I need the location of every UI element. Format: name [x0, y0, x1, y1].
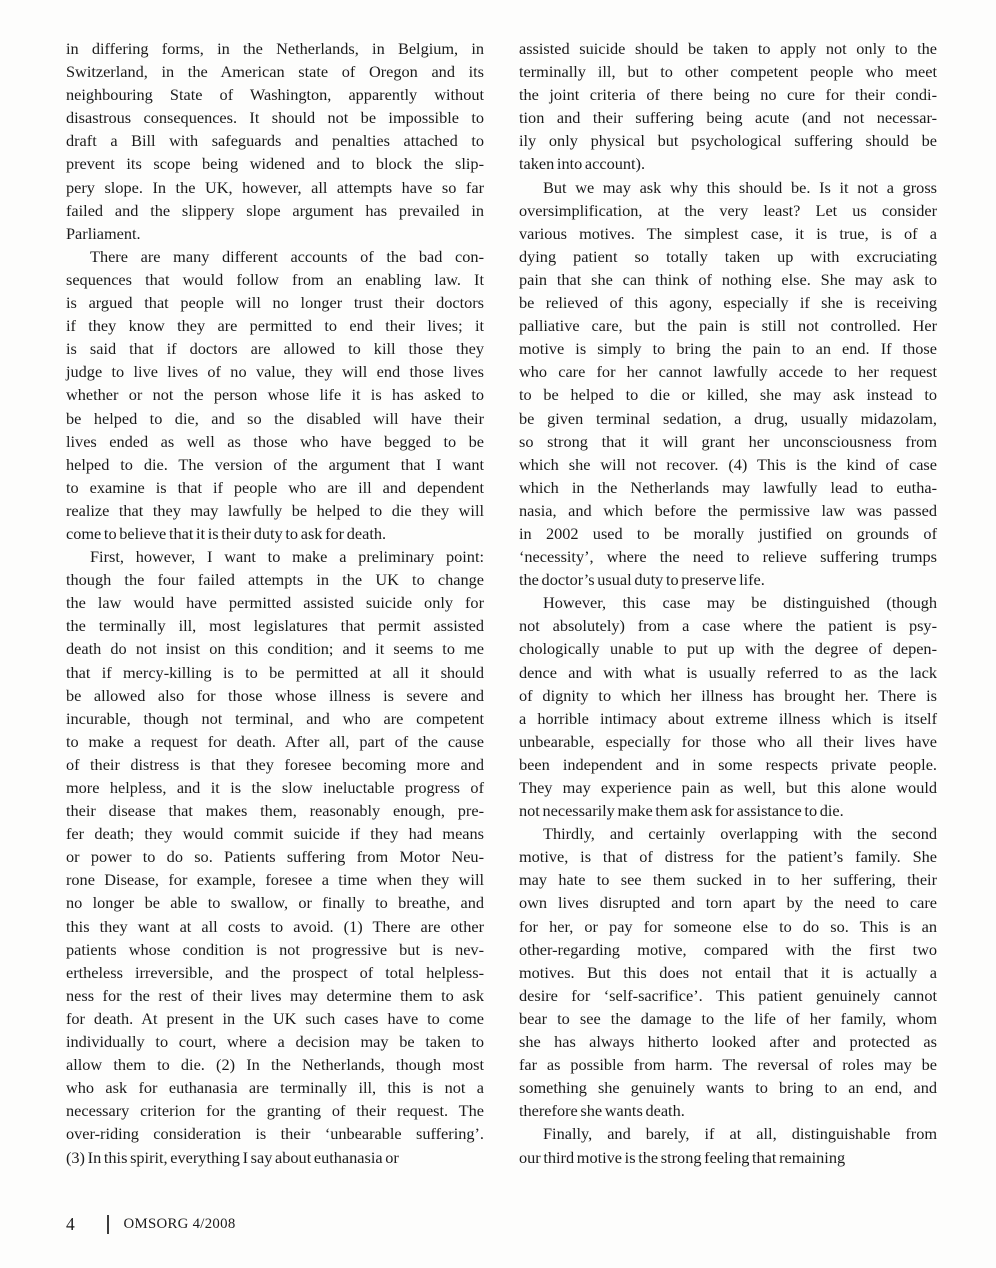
paragraph: Finally, and barely, if at all, distingu… — [519, 1122, 937, 1168]
text-line: realize that they may lawfully be helped… — [66, 499, 484, 522]
text-line: desire for ‘self-sacrifice’. This patien… — [519, 984, 937, 1007]
text-line: come to believe that it is their duty to… — [66, 522, 484, 545]
text-line: be allowed also for those whose illness … — [66, 684, 484, 707]
text-line: the terminally ill, most legislatures th… — [66, 614, 484, 637]
text-line: disastrous consequences. It should not b… — [66, 106, 484, 129]
text-line: to be helped to die or killed, she may a… — [519, 383, 937, 406]
paragraph: assisted suicide should be taken to appl… — [519, 37, 937, 176]
footer-divider — [107, 1215, 109, 1234]
text-line: more helpless, and it is the slow ineluc… — [66, 776, 484, 799]
text-line: to make a request for death. After all, … — [66, 730, 484, 753]
text-line: dence and with what is usually referred … — [519, 661, 937, 684]
text-line: for death. At present in the UK such cas… — [66, 1007, 484, 1030]
text-line: she has always hitherto looked after and… — [519, 1030, 937, 1053]
text-line: be helped to die, and so the disabled wi… — [66, 407, 484, 430]
text-line: First, however, I want to make a prelimi… — [66, 545, 484, 568]
text-line: be given terminal sedation, a drug, usua… — [519, 407, 937, 430]
text-line: They may experience pain as well, but th… — [519, 776, 937, 799]
text-line: or power to do so. Patients suffering fr… — [66, 845, 484, 868]
text-line: that if mercy-killing is to be permitted… — [66, 661, 484, 684]
column-left: in differing forms, in the Netherlands, … — [66, 37, 484, 1169]
text-line: the law would have permitted assisted su… — [66, 591, 484, 614]
text-line: ‘necessity’, where the need to relieve s… — [519, 545, 937, 568]
journal-title: OMSORG 4/2008 — [124, 1216, 236, 1233]
paragraph: But we may ask why this should be. Is it… — [519, 176, 937, 592]
text-line: individually to court, where a decision … — [66, 1030, 484, 1053]
text-line: who ask for euthanasia are terminally il… — [66, 1076, 484, 1099]
text-line: (3) In this spirit, everything I say abo… — [66, 1146, 484, 1169]
text-line: ertheless irreversible, and the prospect… — [66, 961, 484, 984]
text-line: the doctor’s usual duty to preserve life… — [519, 568, 937, 591]
journal-page: in differing forms, in the Netherlands, … — [0, 0, 996, 1268]
text-line: over-riding consideration is their ‘unbe… — [66, 1122, 484, 1145]
text-line: not absolutely) from a case where the pa… — [519, 614, 937, 637]
text-line: patients whose condition is not progress… — [66, 938, 484, 961]
text-line: who care for her cannot lawfully accede … — [519, 360, 937, 383]
text-line: of dignity to which her illness has brou… — [519, 684, 937, 707]
text-line: is argued that people will no longer tru… — [66, 291, 484, 314]
text-line: However, this case may be distinguished … — [519, 591, 937, 614]
text-line: helped to die. The version of the argume… — [66, 453, 484, 476]
text-line: failed and the slippery slope argument h… — [66, 199, 484, 222]
paragraph: Thirdly, and certainly overlapping with … — [519, 822, 937, 1122]
text-line: whether or not the person whose life it … — [66, 383, 484, 406]
text-line: Switzerland, in the American state of Or… — [66, 60, 484, 83]
text-line: bear to see the damage to the life of he… — [519, 1007, 937, 1030]
text-line: necessary criterion for the granting of … — [66, 1099, 484, 1122]
text-line: Thirdly, and certainly overlapping with … — [519, 822, 937, 845]
text-line: motive, is that of distress for the pati… — [519, 845, 937, 868]
text-line: if they know they are permitted to end t… — [66, 314, 484, 337]
paragraph: There are many different accounts of the… — [66, 245, 484, 545]
text-line: the joint criteria of there being no cur… — [519, 83, 937, 106]
column-right: assisted suicide should be taken to appl… — [519, 37, 937, 1169]
text-line: to examine is that if people who are ill… — [66, 476, 484, 499]
text-line: in differing forms, in the Netherlands, … — [66, 37, 484, 60]
text-line: not necessarily make them ask for assist… — [519, 799, 937, 822]
paragraph: However, this case may be distinguished … — [519, 591, 937, 822]
page-footer: 4 OMSORG 4/2008 — [66, 1214, 236, 1235]
text-line: our third motive is the strong feeling t… — [519, 1146, 937, 1169]
text-line: is said that if doctors are allowed to k… — [66, 337, 484, 360]
text-line: therefore she wants death. — [519, 1099, 937, 1122]
text-line: neighbouring State of Washington, appare… — [66, 83, 484, 106]
paragraph: First, however, I want to make a prelimi… — [66, 545, 484, 1169]
text-line: for her, or pay for someone else to do s… — [519, 915, 937, 938]
text-line: far as possible from harm. The reversal … — [519, 1053, 937, 1076]
page-number: 4 — [66, 1214, 107, 1235]
text-line: motive is simply to bring the pain to an… — [519, 337, 937, 360]
text-line: pain that she can think of nothing else.… — [519, 268, 937, 291]
text-line: But we may ask why this should be. Is it… — [519, 176, 937, 199]
text-line: tion and their suffering being acute (an… — [519, 106, 937, 129]
text-line: in 2002 used to be morally justified on … — [519, 522, 937, 545]
text-line: no longer be able to swallow, or finally… — [66, 891, 484, 914]
text-line: something she genuinely wants to bring t… — [519, 1076, 937, 1099]
text-line: There are many different accounts of the… — [66, 245, 484, 268]
text-line: incurable, though not terminal, and who … — [66, 707, 484, 730]
text-line: fer death; they would commit suicide if … — [66, 822, 484, 845]
text-line: allow them to die. (2) In the Netherland… — [66, 1053, 484, 1076]
text-line: which she will not recover. (4) This is … — [519, 453, 937, 476]
text-line: chologically unable to put up with the d… — [519, 637, 937, 660]
text-line: unbearable, especially for those who all… — [519, 730, 937, 753]
text-line: motives. But this does not entail that i… — [519, 961, 937, 984]
text-line: their disease that makes them, reasonabl… — [66, 799, 484, 822]
text-line: palliative care, but the pain is still n… — [519, 314, 937, 337]
text-line: which in the Netherlands may lawfully le… — [519, 476, 937, 499]
text-line: this they want at all costs to avoid. (1… — [66, 915, 484, 938]
text-line: death do not insist on this condition; a… — [66, 637, 484, 660]
text-line: nasia, and which before the permissive l… — [519, 499, 937, 522]
text-line: pery slope. In the UK, however, all atte… — [66, 176, 484, 199]
text-line: though the four failed attempts in the U… — [66, 568, 484, 591]
text-line: dying patient so totally taken up with e… — [519, 245, 937, 268]
text-line: a horrible intimacy about extreme illnes… — [519, 707, 937, 730]
text-line: lives ended as well as those who have be… — [66, 430, 484, 453]
text-line: judge to live lives of no value, they wi… — [66, 360, 484, 383]
paragraph: in differing forms, in the Netherlands, … — [66, 37, 484, 245]
text-line: so strong that it will grant her unconsc… — [519, 430, 937, 453]
text-line: own lives disrupted and torn apart by th… — [519, 891, 937, 914]
text-line: draft a Bill with safeguards and penalti… — [66, 129, 484, 152]
text-line: be relieved of this agony, especially if… — [519, 291, 937, 314]
text-line: oversimplification, at the very least? L… — [519, 199, 937, 222]
text-line: ness for the rest of their lives may det… — [66, 984, 484, 1007]
text-body: in differing forms, in the Netherlands, … — [66, 37, 937, 1169]
text-line: been independent and in some respects pr… — [519, 753, 937, 776]
text-line: of their distress is that they foresee b… — [66, 753, 484, 776]
text-line: rone Disease, for example, foresee a tim… — [66, 868, 484, 891]
text-line: Parliament. — [66, 222, 484, 245]
text-line: assisted suicide should be taken to appl… — [519, 37, 937, 60]
text-line: various motives. The simplest case, it i… — [519, 222, 937, 245]
text-line: Finally, and barely, if at all, distingu… — [519, 1122, 937, 1145]
text-line: sequences that would follow from an enab… — [66, 268, 484, 291]
text-line: taken into account). — [519, 152, 937, 175]
text-line: may hate to see them sucked in to her su… — [519, 868, 937, 891]
text-line: ily only physical but psychological suff… — [519, 129, 937, 152]
text-line: other-regarding motive, compared with th… — [519, 938, 937, 961]
text-line: prevent its scope being widened and to b… — [66, 152, 484, 175]
text-line: terminally ill, but to other competent p… — [519, 60, 937, 83]
